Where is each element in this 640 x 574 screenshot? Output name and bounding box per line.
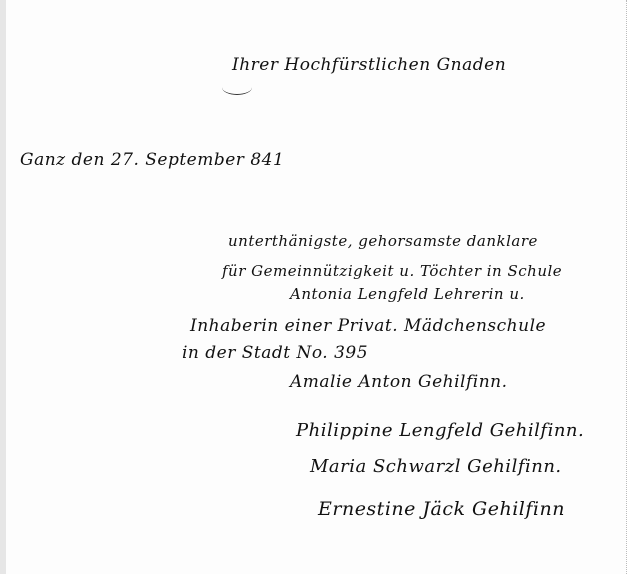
- body-line-6: Amalie Anton Gehilfinn.: [290, 372, 508, 392]
- signature-1: Philippine Lengfeld Gehilfinn.: [296, 420, 584, 441]
- document-page: Ihrer Hochfürstlichen Gnaden Ganz den 27…: [0, 0, 626, 574]
- body-line-1: unterthänigste, gehorsamste danklare: [228, 232, 538, 250]
- signature-3: Ernestine Jäck Gehilfinn: [318, 498, 565, 520]
- body-line-2: für Gemeinnützigkeit u. Töchter in Schul…: [222, 262, 562, 280]
- page-edge: [0, 0, 6, 574]
- body-line-4: Inhaberin einer Privat. Mädchenschule: [190, 316, 546, 336]
- salutation: Ihrer Hochfürstlichen Gnaden: [232, 55, 506, 75]
- body-line-5: in der Stadt No. 395: [182, 343, 368, 363]
- date-line: Ganz den 27. September 841: [20, 150, 284, 170]
- body-line-3: Antonia Lengfeld Lehrerin u.: [290, 285, 525, 303]
- flourish: [222, 80, 252, 95]
- signature-2: Maria Schwarzl Gehilfinn.: [310, 456, 562, 477]
- page-margin: [626, 0, 640, 574]
